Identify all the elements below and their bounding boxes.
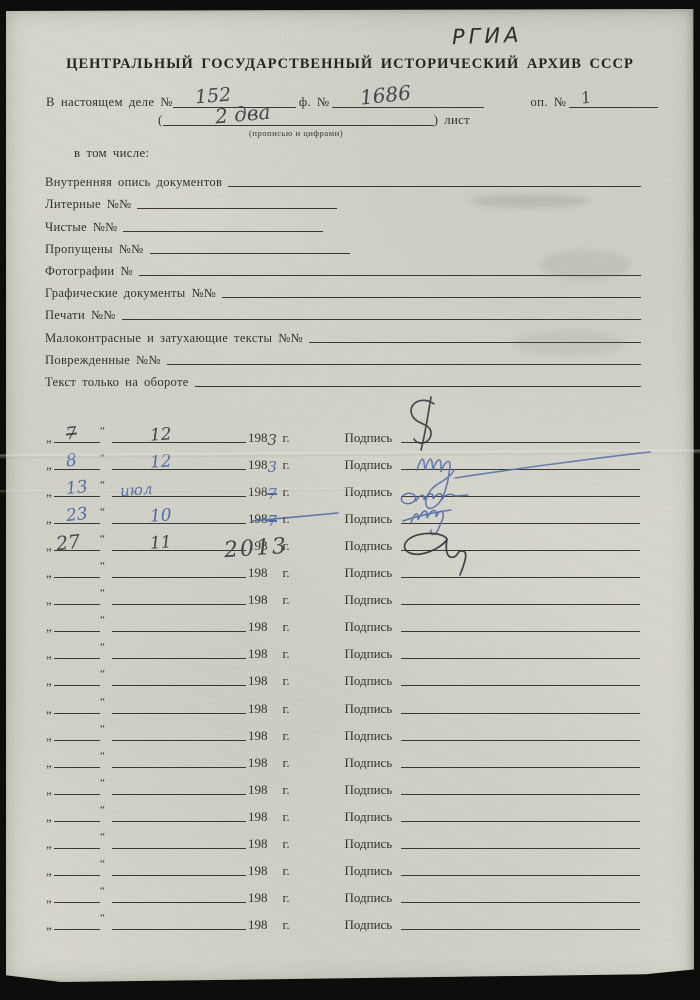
day-blank: 8 [54,469,100,470]
signature-label: Подпись [345,890,401,906]
signature-label: Подпись [345,701,401,717]
date-row-filled: „13“июл1987г.Подпись [46,473,640,500]
signature-blank-line [401,902,641,903]
handwritten-day: 23 [65,504,89,526]
open-quote: „ [46,701,54,717]
handwritten-day: 13 [65,477,89,499]
year-unit: г. [281,890,299,906]
signature-blank-line [401,713,641,714]
date-signature-rows: „7“121983г.Подпись„8“121983г.Подпись„13“… [46,419,640,933]
year-prefix: 198 [246,836,268,852]
day-blank [54,631,100,632]
month-blank [112,577,246,578]
sheet-count-blank: 2 два [163,125,434,126]
handwritten-day: 27 [55,531,81,555]
handwritten-month: 10 [149,505,172,526]
signature-blank-line [401,875,641,876]
form-field-row: Текст только на обороте [45,368,641,390]
close-quote: “ [100,831,112,843]
including-label: в том числе: [74,146,149,161]
signature-label: Подпись [345,728,401,744]
month-blank [112,821,246,822]
year-unit: г. [281,484,299,500]
day-blank [54,767,100,768]
handwritten-month: 11 [149,533,172,554]
field-label: Внутренняя опись документов [45,175,222,190]
form-field-row: Печати №№ [45,301,641,323]
year-prefix: 198 [246,890,268,906]
open-quote: „ [46,782,54,798]
case-number-line: В настоящем деле № 152 ф. № 1686 оп. № 1 [46,92,658,110]
open-quote: „ [46,673,54,689]
date-row-empty: „“198г.Подпись [46,798,640,825]
day-blank: 23 [54,523,100,524]
signature-blank-line [401,604,641,605]
signature-blank-line [401,577,641,578]
month-blank [112,875,246,876]
day-blank [54,713,100,714]
year-prefix: 198 [246,673,268,689]
month-blank [112,848,246,849]
signature-blank-line [401,658,641,659]
open-quote: „ [46,890,54,906]
date-row-empty: „“198г.Подпись [46,635,640,662]
field-blank-line [228,186,641,187]
day-blank [54,821,100,822]
date-row-empty: „“198г.Подпись [46,771,640,798]
month-blank [112,631,246,632]
close-quote: “ [100,533,112,545]
field-blank-line [195,386,641,387]
year-unit: г. [281,592,299,608]
year-prefix: 198 [246,701,268,717]
signature-blank-line [401,929,641,930]
date-row-empty: „“198г.Подпись [46,744,640,771]
field-label: Текст только на обороте [45,375,189,390]
date-row-empty: „“198г.Подпись [46,717,640,744]
day-blank [54,902,100,903]
month-blank [112,929,246,930]
year-unit: г. [281,457,299,473]
date-row-empty: „“198г.Подпись [46,852,640,879]
signature-label: Подпись [345,484,401,500]
signature-blank-line [401,740,641,741]
field-blank-line [123,231,323,232]
close-quote: “ [100,777,112,789]
year-prefix: 198 [246,755,268,771]
month-blank [112,713,246,714]
form-title: ЦЕНТРАЛЬНЫЙ ГОСУДАРСТВЕННЫЙ ИСТОРИЧЕСКИЙ… [0,56,700,73]
close-quote: “ [100,723,112,735]
signature-blank-line [401,685,641,686]
year-unit: г. [281,511,299,527]
signature-label: Подпись [345,917,401,933]
date-row-filled: „27“11198г.Подпись2013 [46,527,640,554]
field-blank-line [137,208,337,209]
year-unit: г. [281,430,299,446]
field-blank-line [150,253,350,254]
open-quote: „ [46,917,54,933]
close-quote: “ [100,506,112,518]
scan-smudge [540,250,630,280]
month-blank: июл [112,496,246,497]
signature-blank-line [401,550,641,551]
date-row-empty: „“198г.Подпись [46,608,640,635]
date-row-empty: „“198г.Подпись [46,879,640,906]
close-quote: “ [100,668,112,680]
year-prefix: 198 [246,484,268,500]
signature-label: Подпись [345,619,401,635]
form-field-row: Внутренняя опись документов [45,168,641,190]
day-blank [54,740,100,741]
signature-label: Подпись [345,755,401,771]
field-blank-line [122,319,641,320]
signature-label: Подпись [345,863,401,879]
handwritten-fond-number: 1686 [359,80,412,109]
signature-blank-line [401,469,641,470]
handwritten-year-overwrite: 2013 [223,534,289,563]
open-quote: „ [46,863,54,879]
open-quote: „ [46,457,54,473]
fond-label: ф. № [296,95,333,110]
year-unit: г. [281,728,299,744]
field-label: Поврежденные №№ [45,353,161,368]
form-field-row: Графические документы №№ [45,279,641,301]
day-blank [54,848,100,849]
field-label: Чистые №№ [45,220,117,235]
year-unit: г. [281,809,299,825]
field-label: Графические документы №№ [45,286,216,301]
year-prefix: 198 [246,619,268,635]
form-field-row: Пропущены №№ [45,235,641,257]
date-row-empty: „“198г.Подпись [46,554,640,581]
signature-label: Подпись [345,592,401,608]
close-quote: “ [100,912,112,924]
scanned-document: РГИА ЦЕНТРАЛЬНЫЙ ГОСУДАРСТВЕННЫЙ ИСТОРИЧ… [0,0,700,1000]
field-blank-line [167,364,641,365]
date-row-filled: „7“121983г.Подпись [46,419,640,446]
year-unit: г. [281,619,299,635]
signature-blank-line [401,767,641,768]
day-blank [54,875,100,876]
date-row-empty: „“198г.Подпись [46,662,640,689]
year-unit: г. [281,673,299,689]
year-unit: г. [281,646,299,662]
month-blank: 12 [112,442,246,443]
handwritten-opis-number: 1 [579,87,593,108]
day-blank: 27 [54,550,100,551]
open-quote: „ [46,430,54,446]
signature-blank-line [401,631,641,632]
date-row-empty: „“198г.Подпись [46,825,640,852]
month-blank [112,794,246,795]
close-quote: “ [100,750,112,762]
year-unit: г. [281,565,299,581]
day-blank [54,929,100,930]
year-prefix: 198 [246,863,268,879]
handwritten-month: 12 [149,424,172,445]
month-blank: 10 [112,523,246,524]
close-quote: “ [100,425,112,437]
day-blank [54,685,100,686]
close-quote: “ [100,560,112,572]
day-blank: 13 [54,496,100,497]
close-quote: “ [100,696,112,708]
open-quote: „ [46,809,54,825]
scan-smudge [470,194,590,208]
sheet-count-hint: (прописью и цифрами) [166,128,426,138]
month-blank [112,658,246,659]
field-label: Печати №№ [45,308,116,323]
date-row-filled: „23“101987г.Подпись [46,500,640,527]
signature-blank-line [401,794,641,795]
handwritten-day: 7 [65,424,78,445]
year-prefix: 198 [246,565,268,581]
month-blank: 12 [112,469,246,470]
stamp-note-rgia: РГИА [452,23,523,49]
close-quote: “ [100,587,112,599]
open-quote: „ [46,836,54,852]
date-row-empty: „“198г.Подпись [46,581,640,608]
month-blank [112,604,246,605]
year-unit: г. [281,836,299,852]
field-blank-line [222,297,641,298]
open-quote: „ [46,755,54,771]
date-row-empty: „“198г.Подпись [46,906,640,933]
opis-number-blank: 1 [569,107,658,108]
day-blank [54,577,100,578]
open-quote: „ [46,646,54,662]
year-prefix: 198 [246,917,268,933]
year-prefix: 198 [246,592,268,608]
signature-label: Подпись [345,457,401,473]
signature-label: Подпись [345,538,401,554]
field-label: Пропущены №№ [45,242,144,257]
signature-blank-line [401,821,641,822]
signature-label: Подпись [345,511,401,527]
year-prefix: 198 [246,646,268,662]
year-unit: г. [281,755,299,771]
close-quote: “ [100,641,112,653]
opis-label: оп. № [530,95,569,110]
open-quote: „ [46,592,54,608]
close-quote: “ [100,804,112,816]
month-blank [112,902,246,903]
field-label: Фотографии № [45,264,133,279]
close-quote: “ [100,858,112,870]
year-prefix: 198 [246,511,268,527]
signature-label: Подпись [345,836,401,852]
close-quote: “ [100,614,112,626]
day-blank [54,658,100,659]
year-unit: г. [281,917,299,933]
year-prefix: 198 [246,430,268,446]
case-label: В настоящем деле № [46,95,173,110]
year-unit: г. [281,701,299,717]
close-paren-list-label: ) лист [434,113,470,128]
signature-label: Подпись [345,646,401,662]
signature-label: Подпись [345,430,401,446]
open-quote: „ [46,619,54,635]
signature-blank-line [401,496,641,497]
fond-number-blank: 1686 [332,107,484,108]
field-label: Малоконтрасные и затухающие тексты №№ [45,331,303,346]
day-blank [54,604,100,605]
open-quote: „ [46,565,54,581]
month-blank [112,685,246,686]
year-unit: г. [281,782,299,798]
month-blank [112,767,246,768]
signature-label: Подпись [345,565,401,581]
signature-blank-line [401,442,641,443]
close-quote: “ [100,885,112,897]
date-row-empty: „“198г.Подпись [46,689,640,716]
field-label: Литерные №№ [45,197,131,212]
handwritten-sheet-count: 2 два [214,100,271,129]
signature-label: Подпись [345,782,401,798]
open-quote: „ [46,511,54,527]
scan-smudge [515,330,625,356]
sheet-count-line: ( 2 два ) лист [158,110,470,128]
signature-blank-line [401,848,641,849]
month-blank [112,740,246,741]
signature-label: Подпись [345,809,401,825]
day-blank: 7 [54,442,100,443]
year-prefix: 198 [246,809,268,825]
open-quote: „ [46,538,54,554]
year-prefix: 198 [246,782,268,798]
signature-label: Подпись [345,673,401,689]
signature-blank-line [401,523,641,524]
year-unit: г. [281,863,299,879]
form-field-row: Чистые №№ [45,212,641,234]
year-prefix: 198 [246,457,268,473]
day-blank [54,794,100,795]
open-quote: „ [46,728,54,744]
year-prefix: 198 [246,728,268,744]
